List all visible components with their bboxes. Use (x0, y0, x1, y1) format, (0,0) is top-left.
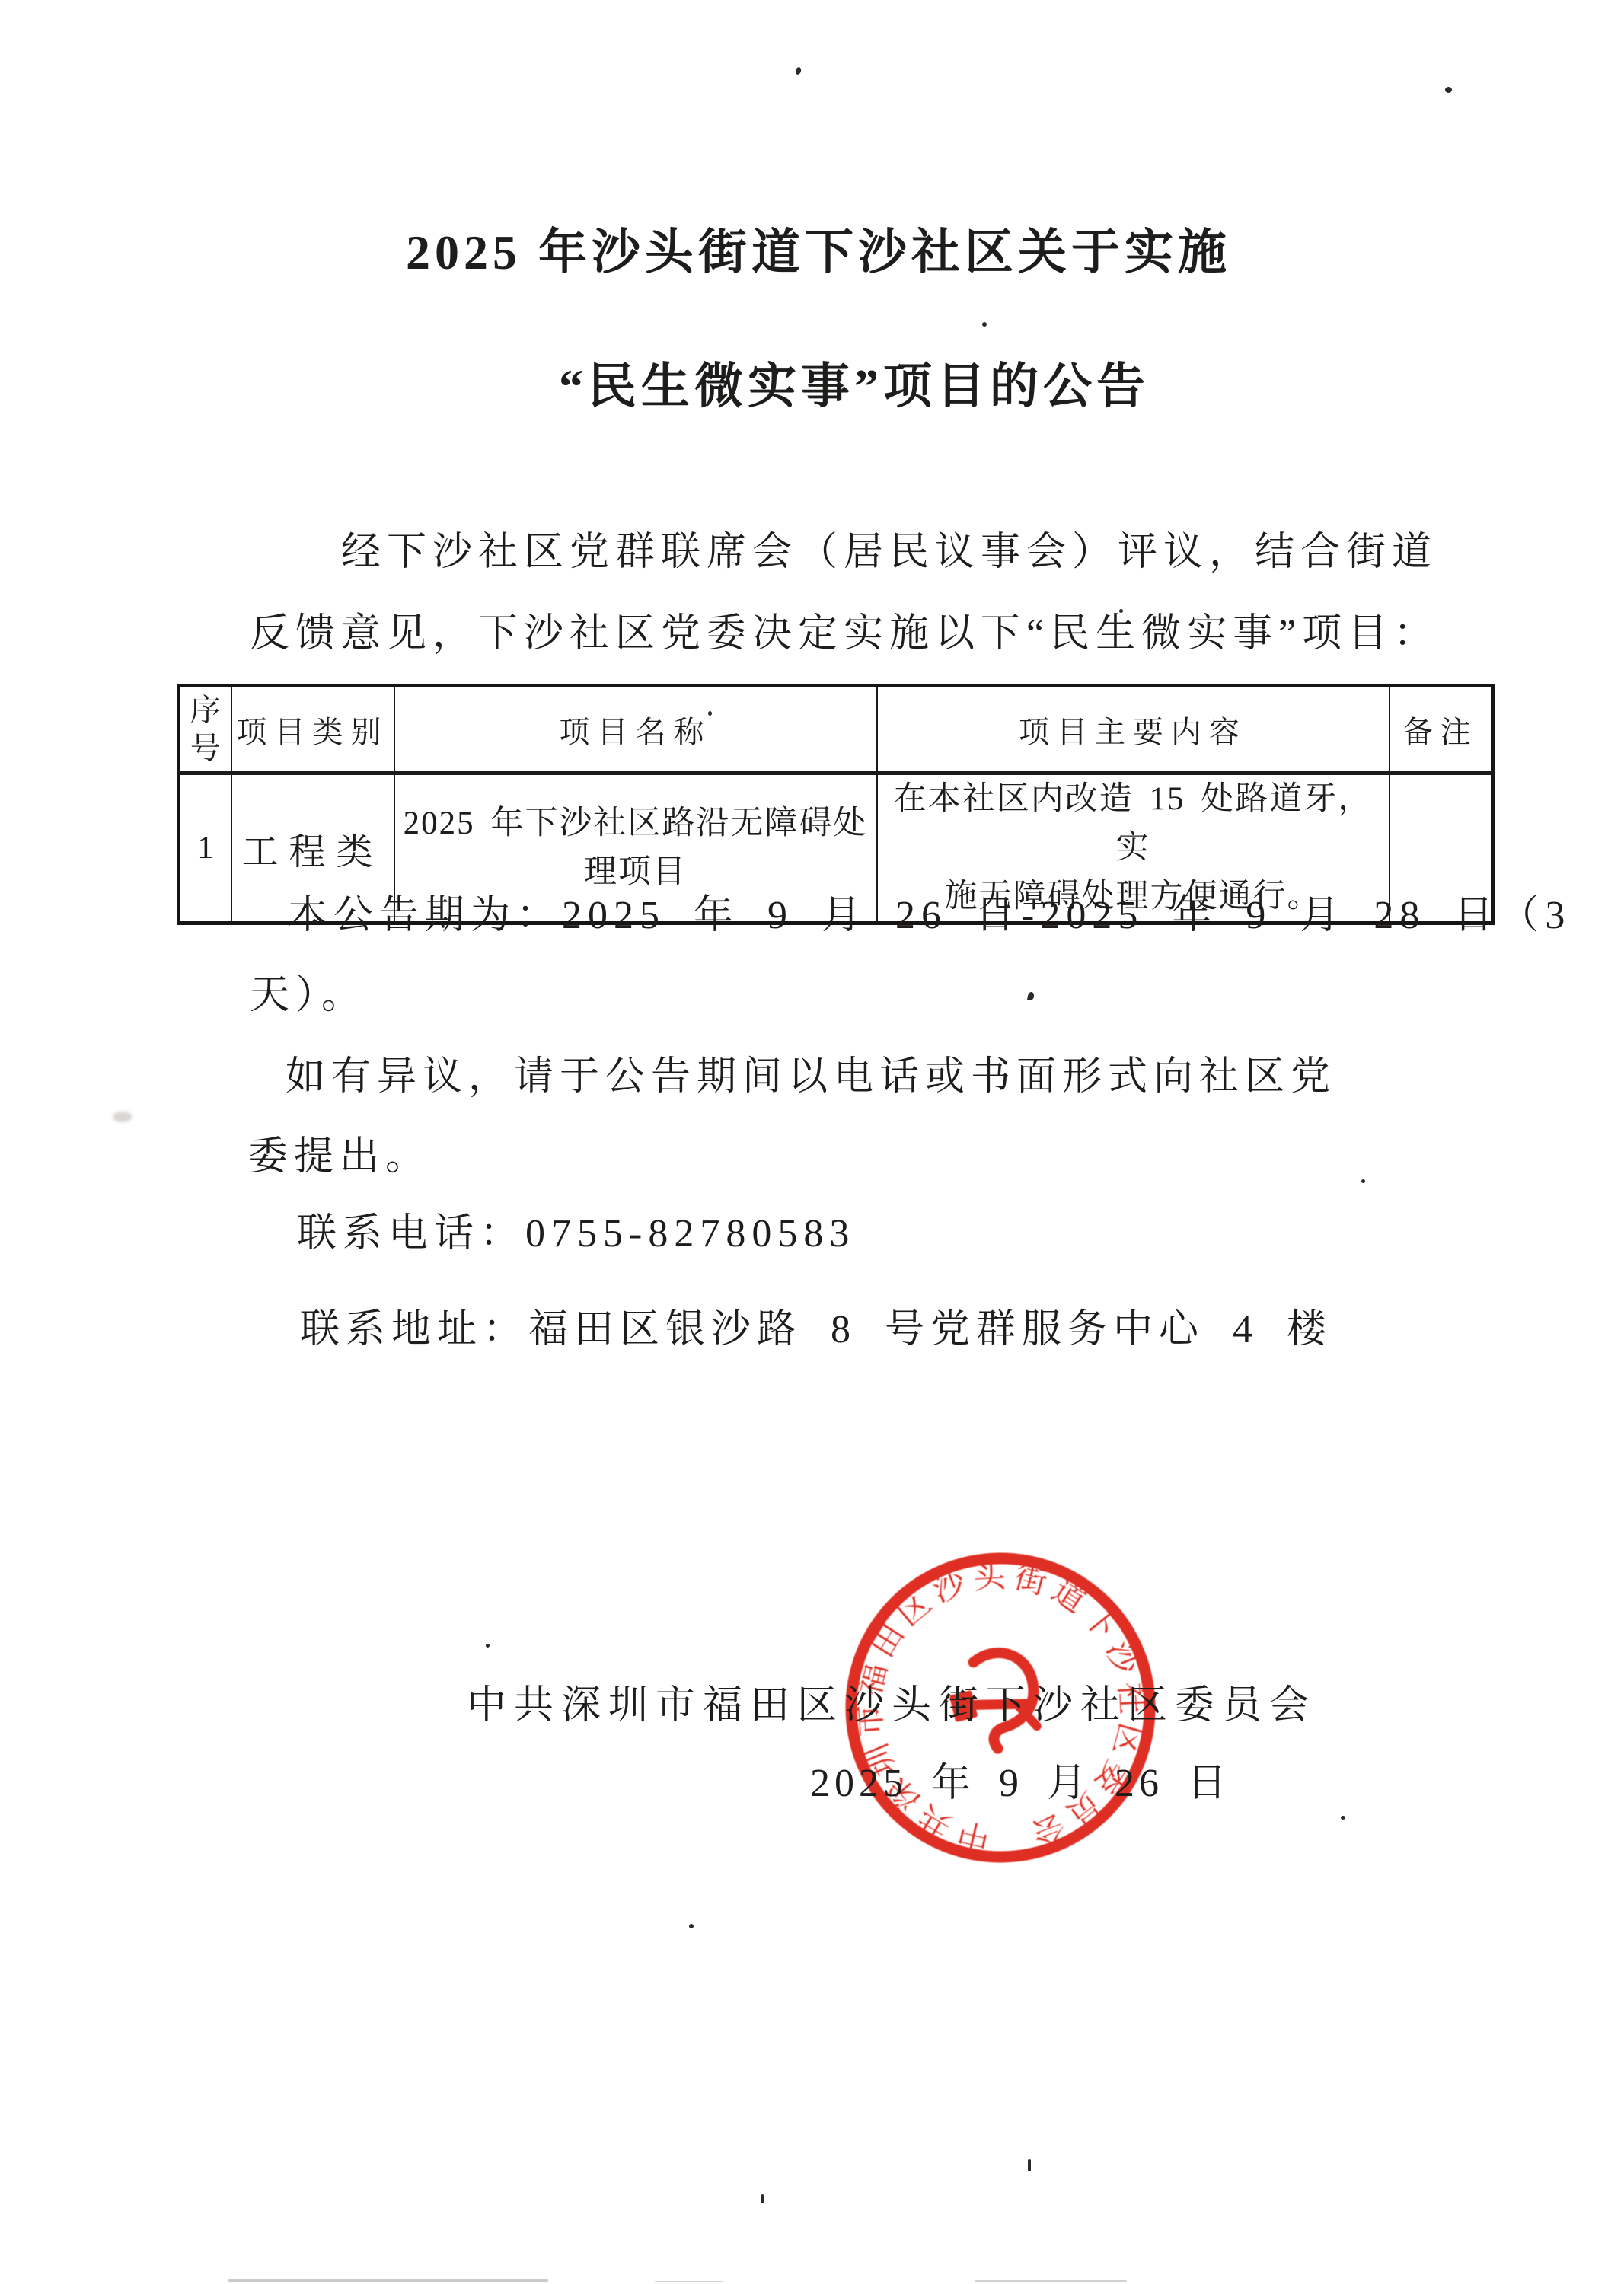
header-project-name: 项目名称 (394, 686, 877, 774)
scan-smudge (113, 1112, 132, 1122)
notice-objection-line2: 委提出。 (248, 1135, 431, 1179)
scan-speck (1119, 609, 1123, 613)
header-serial-char1: 序 (180, 691, 231, 729)
scan-speck (1445, 87, 1452, 93)
scan-speck (1027, 991, 1035, 1000)
project-name-line1: 2025 年下沙社区路沿无障碍处 (395, 799, 876, 848)
contact-phone: 联系电话：0755-82780583 (297, 1212, 855, 1256)
header-project-category: 项目类别 (231, 686, 394, 774)
scan-speck (1361, 1179, 1365, 1183)
scan-speck (689, 1924, 694, 1928)
scan-edge-artifact (655, 2281, 723, 2282)
contact-address: 联系地址：福田区银沙路 8 号党群服务中心 4 楼 (300, 1308, 1332, 1352)
projects-table: 序 号 项目类别 项目名称 项目主要内容 备注 1 工程类 2025 年下沙社区… (177, 684, 1495, 925)
header-project-content: 项目主要内容 (877, 686, 1389, 774)
scan-speck (795, 66, 802, 75)
scan-speck (1028, 2159, 1031, 2171)
scan-speck (1341, 1816, 1345, 1820)
table-header-row: 序 号 项目类别 项目名称 项目主要内容 备注 (179, 686, 1493, 774)
page-title-line2: “民生微实事”项目的公告 (559, 359, 1150, 414)
issue-date: 2025 年 9 月 26 日 (810, 1762, 1231, 1806)
header-serial-number: 序 号 (179, 686, 231, 774)
header-remark: 备注 (1389, 686, 1493, 774)
project-content-line1: 在本社区内改造 15 处路道牙，实 (878, 775, 1389, 872)
cell-serial-number: 1 (179, 774, 231, 923)
issuer-committee-name: 中共深圳市福田区沙头街下沙社区委员会 (467, 1684, 1316, 1728)
scan-edge-artifact (228, 2279, 548, 2282)
notice-period-line2: 天）。 (250, 974, 367, 1018)
scan-speck (761, 2194, 764, 2203)
scan-edge-artifact (975, 2280, 1127, 2282)
notice-period-line1: 本公告期为：2025 年 9 月 26 日-2025 年 9 月 28 日（3 (288, 894, 1571, 938)
intro-paragraph-line1: 经下沙社区党群联席会（居民议事会）评议，结合街道 (341, 531, 1437, 575)
page-title-line1: 2025 年沙头街道下沙社区关于实施 (406, 225, 1231, 280)
header-serial-char2: 号 (180, 729, 231, 767)
scan-speck (486, 1644, 490, 1648)
document-page: 2025 年沙头街道下沙社区关于实施 “民生微实事”项目的公告 经下沙社区党群联… (0, 0, 1624, 2284)
project-name-line2: 理项目 (395, 848, 876, 897)
scan-speck (982, 322, 987, 327)
notice-objection-line1: 如有异议，请于公告期间以电话或书面形式向社区党 (286, 1055, 1336, 1099)
intro-paragraph-line2: 反馈意见，下沙社区党委决定实施以下“民生微实事”项目： (250, 612, 1439, 656)
scan-speck (708, 711, 712, 716)
